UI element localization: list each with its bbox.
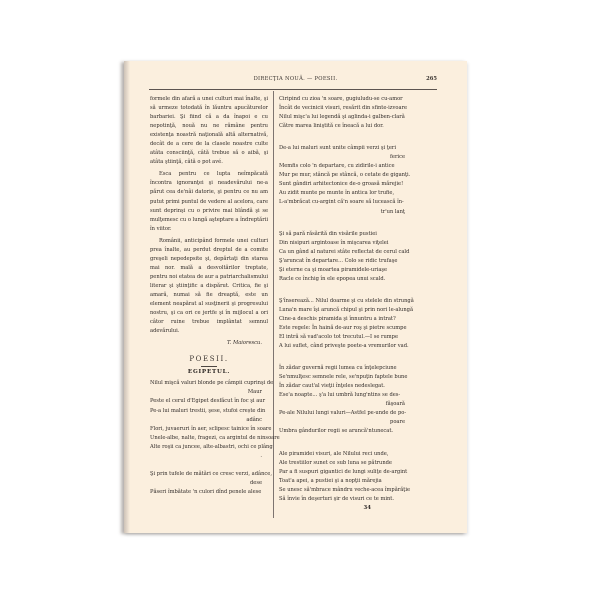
verse-line: Unele-albe, nalte, fragezi, ca argintul …: [150, 434, 268, 443]
paragraph: formele din afară a unei culturi mai îna…: [150, 95, 268, 167]
verse-line: De-a lui maluri sunt unite câmpii verzi …: [279, 144, 411, 153]
book-page: DIRECŢIA NOUĂ. — POESII. 265 formele din…: [124, 61, 467, 533]
stanza-gap: [279, 217, 411, 230]
verse-line: Umbra gândurilor regii se aruncă'ntuneca…: [279, 427, 411, 436]
verse-line: Ale trestiilor sunet ce sub luna se pătr…: [279, 459, 411, 468]
column-divider: [273, 91, 274, 518]
verse-overflow: tr'un lanţ: [279, 208, 411, 217]
verse-line: Ş'aruncat în departare... Colo se ridic …: [279, 257, 411, 266]
running-head: DIRECŢIA NOUĂ. — POESII. 265: [124, 76, 467, 86]
verse-line: În zădar caut'al vieţii înţeles nedesleg…: [279, 382, 411, 391]
title-rule: [201, 366, 217, 367]
stanza-gap: [279, 131, 411, 144]
verse-line: Au zidit munte pe munte în antica lor tr…: [279, 189, 411, 198]
verse-line: Sunt gândiri arhitectonice de-o groasă m…: [279, 180, 411, 189]
verse-line: El intră să vad'acolo tot trecutul.—I se…: [279, 333, 411, 342]
verse-line: Ş'înserează... Nilul doarme şi cu stelel…: [279, 297, 411, 306]
stanza: Ş'înserează... Nilul doarme şi cu stelel…: [279, 297, 411, 351]
verse-overflow: Maur: [150, 388, 268, 397]
verse-line: A lui suflet, când priveşte poete-a vrem…: [279, 342, 411, 351]
page-number: 265: [426, 76, 437, 82]
verse-line: În zădar guvernă regii lumea cu înţelepc…: [279, 364, 411, 373]
verse-line: Pe-a lui maluri trestii, şese, stufoi cr…: [150, 407, 268, 416]
section-title: POESII.: [150, 355, 268, 364]
verse-overflow: dese: [150, 479, 268, 488]
verse-line: Ese'a noapte... ş'a lui umbră lung'ntins…: [279, 391, 411, 400]
stanza-gap: [150, 461, 268, 470]
verse-line: Memfis colo 'n departare, cu zidirile-i …: [279, 162, 411, 171]
verse-line: Se unesc să'mbrace mândru veche-acea împ…: [279, 486, 411, 495]
verse-line: Către marea liniştită ce îneacă a lui do…: [279, 122, 411, 131]
verse-line: Şi eterne ca şi moartea piramidele-uriaş…: [279, 266, 411, 275]
left-column: formele din afară a unei culturi mai îna…: [150, 95, 268, 497]
poem-verses: Nilul mişcă valuri blonde pe câmpii cupr…: [150, 379, 268, 497]
poem-title: EGIPETUL.: [150, 368, 268, 377]
verse-line: Şi prin tufele de mătări ce cresc verzi,…: [150, 470, 268, 479]
verse-line: Pe-ale Nilului lungi valuri—Astfel pe-un…: [279, 409, 411, 418]
verse-line: Cine-a deschis piramida şi înnuntru a in…: [279, 315, 411, 324]
verse-line: Mur pe mur, stâncă pe stâncă, o cetate d…: [279, 171, 411, 180]
stanza-gap: [279, 284, 411, 297]
stanza-gap: [279, 437, 411, 450]
header-rule: [149, 89, 437, 90]
verse-line: Luna'n mare îşi aruncă chipul şi prin no…: [279, 306, 411, 315]
right-column: Ciripind cu zioa 'n soare, gugiuludu-se …: [279, 95, 411, 513]
stanza-gap: [279, 351, 411, 364]
stanza: Şi să pară răsărită din visările pustiei…: [279, 230, 411, 284]
verse-line: Peste el cerul d'Egipet desfăcut în foc …: [150, 397, 268, 406]
verse-overflow: ferice: [279, 153, 411, 162]
verse-line: Din nisipuri argintoase în mişcarea viţe…: [279, 239, 411, 248]
verse-line: Ale piramidei visuri, ale Nilului reci u…: [279, 450, 411, 459]
paragraph: Românii, anticipând formele unei culturi…: [150, 237, 268, 337]
verse-line: Flori, juvaeruri în aer, sclipesc tainic…: [150, 425, 268, 434]
verse-line: Nilul mişcă valuri blonde pe câmpii cupr…: [150, 379, 268, 388]
verse-line: Se'nmulţesc semnele rele, se'npuţin fapt…: [279, 373, 411, 382]
stanza: Ale piramidei visuri, ale Nilului reci u…: [279, 450, 411, 504]
verse-overflow: adânc: [150, 416, 268, 425]
paragraph: Esca pentru ce lupta neîmpăcată încontra…: [150, 170, 268, 233]
verse-overflow: poare: [279, 418, 411, 427]
verse-line: Şi să pară răsărită din visările pustiei: [279, 230, 411, 239]
verse-line: Ca un gând al naturei stâte reflectat de…: [279, 248, 411, 257]
verse-line: Ciripind cu zioa 'n soare, gugiuludu-se …: [279, 95, 411, 104]
running-title: DIRECŢIA NOUĂ. — POESII.: [124, 76, 467, 82]
verse-line: Încât de vecinicii visuri, resărit din s…: [279, 104, 411, 113]
stanza: De-a lui maluri sunt unite câmpii verzi …: [279, 144, 411, 216]
verse-line: Este regele: În haină de-aur roş şi piet…: [279, 324, 411, 333]
signature-mark: 34: [279, 504, 411, 513]
verse-line: L-a'mbrăcat cu-argint că'n soare să luce…: [279, 198, 411, 207]
verse-line: Să învie în deşerturi şir de visuri ce t…: [279, 495, 411, 504]
verse-overflow: .: [150, 452, 268, 461]
verse-overflow: făşoară: [279, 400, 411, 409]
author-signature: T. Maiorescu.: [150, 339, 268, 348]
poem-stanzas: Ciripind cu zioa 'n soare, gugiuludu-se …: [279, 95, 411, 504]
verse-line: Par a fi suspuri gigantici de lungi suli…: [279, 468, 411, 477]
verse-line: Nilul mişc'a lui legendă şi aglinda-i ga…: [279, 113, 411, 122]
verse-line: Alte roşii ca juncee, alte-albastri, och…: [150, 443, 268, 452]
stanza: În zădar guvernă regii lumea cu înţelepc…: [279, 364, 411, 436]
stanza: Ciripind cu zioa 'n soare, gugiuludu-se …: [279, 95, 411, 131]
verse-line: Păseri îmbătate 'n culori dînd penele al…: [150, 488, 268, 497]
verse-line: Toat'a apei, a pustiei şi a nopţii mărej…: [279, 477, 411, 486]
verse-line: Racle ce închig în ele epopea unui scald…: [279, 275, 411, 284]
